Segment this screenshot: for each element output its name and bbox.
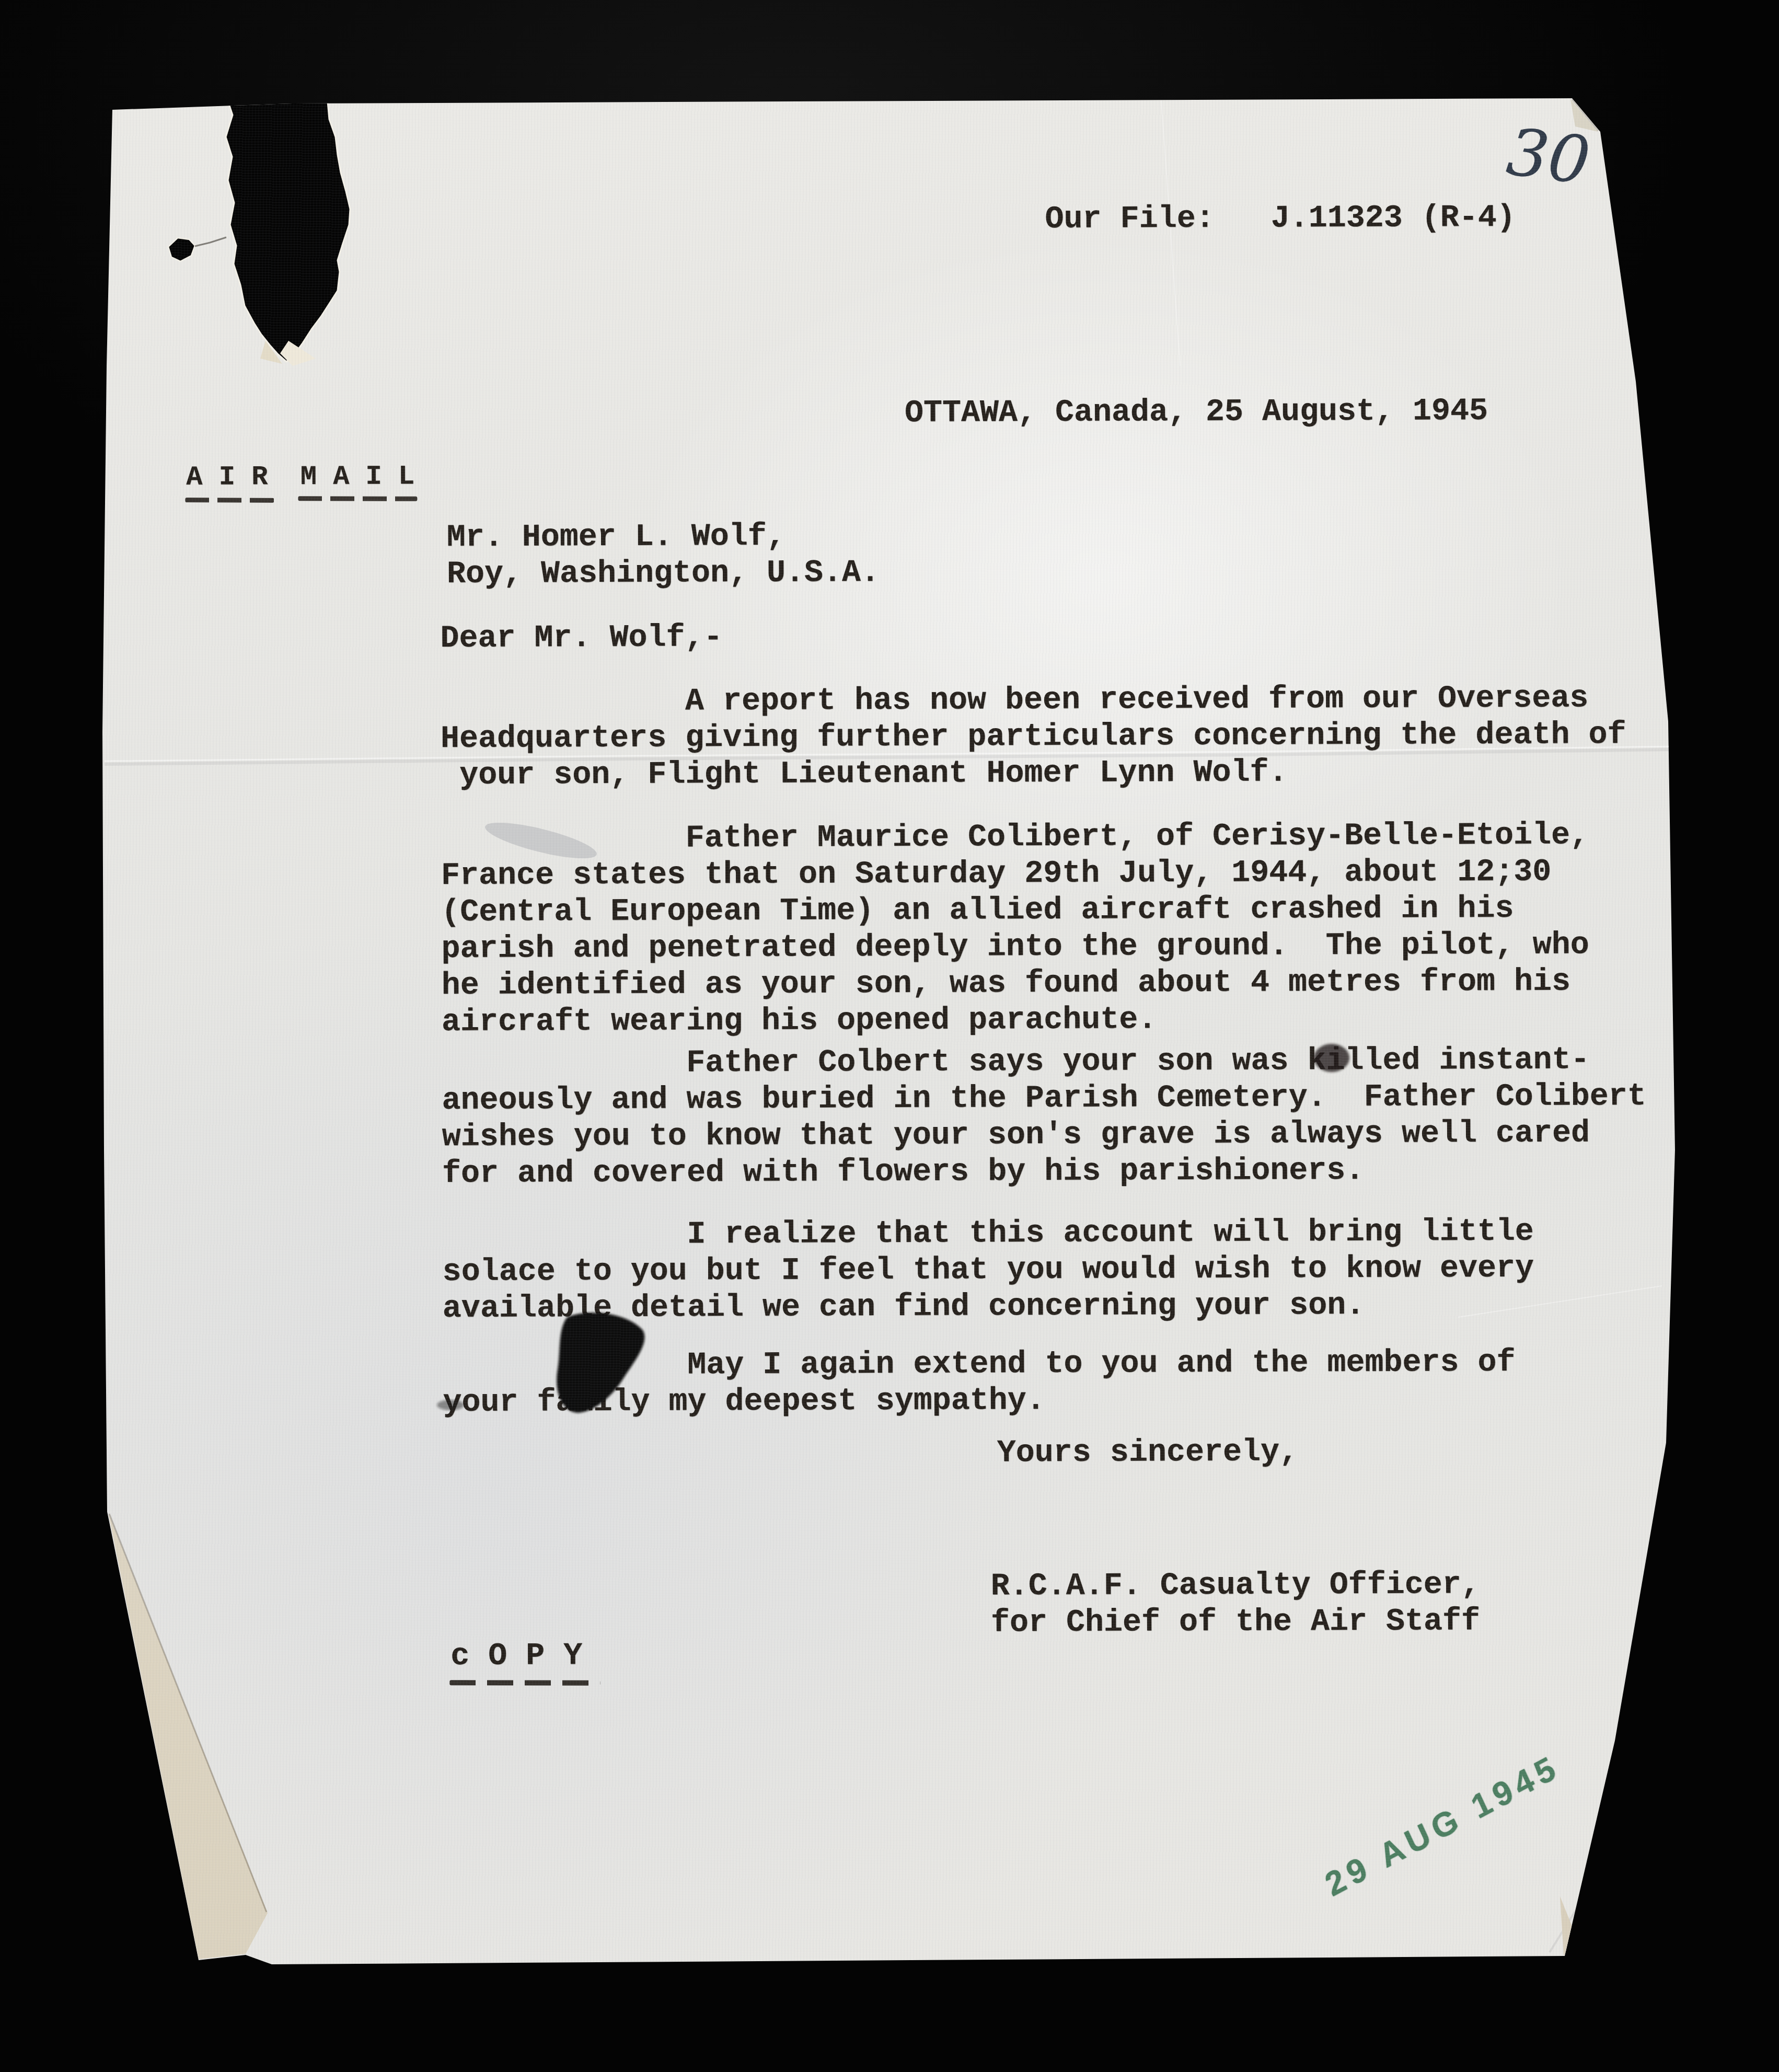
copy-label: c O P Y: [450, 1638, 582, 1675]
paragraph-3: Father Colbert says your son was killed …: [442, 1042, 1646, 1192]
copy-label-underline: [449, 1680, 600, 1686]
paragraph-2: Father Maurice Colibert, of Cerisy-Belle…: [441, 817, 1590, 1041]
handwritten-page-number: 30: [1504, 121, 1593, 193]
typewritten-text-layer: Our File: J.11323 (R-4) OTTAWA, Canada, …: [0, 0, 1779, 2072]
closing-line: Yours sincerely,: [997, 1434, 1298, 1471]
signature-block: R.C.A.F. Casualty Officer, for Chief of …: [991, 1567, 1481, 1641]
paragraph-4: I realize that this account will bring l…: [442, 1214, 1534, 1327]
air-mail-underline-right: [298, 496, 417, 501]
paragraph-1: A report has now been received from our …: [441, 680, 1626, 794]
recipient-address: Mr. Homer L. Wolf, Roy, Washington, U.S.…: [447, 518, 880, 593]
dateline: OTTAWA, Canada, 25 August, 1945: [905, 393, 1488, 432]
scanned-letter-scene: Our File: J.11323 (R-4) OTTAWA, Canada, …: [0, 0, 1779, 2072]
letter-paper-sheet: Our File: J.11323 (R-4) OTTAWA, Canada, …: [0, 0, 1779, 2072]
paragraph-5: May I again extend to you and the member…: [443, 1344, 1516, 1421]
air-mail-underline-left: [185, 498, 274, 503]
air-mail-label: A I R M A I L: [186, 458, 414, 496]
file-reference-line: Our File: J.11323 (R-4): [1045, 200, 1515, 238]
salutation: Dear Mr. Wolf,-: [440, 619, 722, 657]
